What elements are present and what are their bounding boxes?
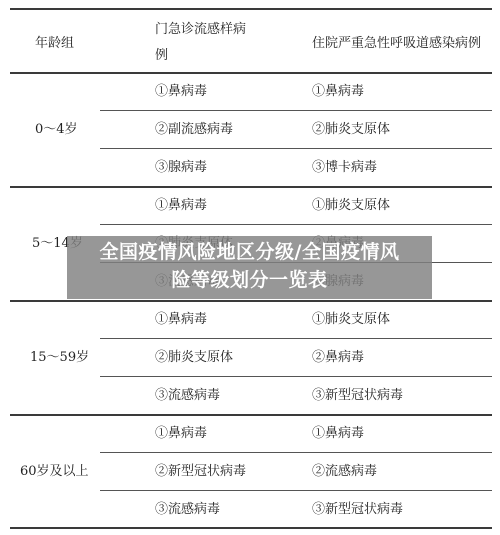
table-top-rule [10, 8, 492, 10]
inpatient-cell: ③博卡病毒 [312, 160, 377, 176]
inpatient-cell: ①肺炎支原体 [312, 312, 390, 328]
age-group-label: 15～59岁 [30, 350, 89, 366]
age-group-label: 0～4岁 [35, 122, 78, 138]
inpatient-cell: ①肺炎支原体 [312, 198, 390, 214]
group-divider [10, 186, 492, 188]
caption-line-2: 险等级划分一览表 [67, 266, 432, 294]
outpatient-cell: ①鼻病毒 [155, 426, 207, 442]
outpatient-cell: ②肺炎支原体 [155, 350, 233, 366]
caption-line-1: 全国疫情风险地区分级/全国疫情风 [67, 238, 432, 266]
inpatient-cell: ①鼻病毒 [312, 426, 364, 442]
row-divider [100, 452, 492, 453]
outpatient-cell: ②副流感病毒 [155, 122, 233, 138]
row-divider [100, 110, 492, 111]
group-divider [10, 300, 492, 302]
header-inpatient: 住院严重急性呼吸道感染病例 [312, 36, 481, 52]
outpatient-cell: ③流感病毒 [155, 502, 220, 518]
row-divider [100, 376, 492, 377]
row-divider [100, 224, 492, 225]
outpatient-cell: ②新型冠状病毒 [155, 464, 246, 480]
row-divider [100, 338, 492, 339]
group-divider [10, 414, 492, 416]
age-group-label: 60岁及以上 [20, 464, 89, 480]
inpatient-cell: ①鼻病毒 [312, 84, 364, 100]
row-divider [100, 148, 492, 149]
outpatient-cell: ③腺病毒 [155, 160, 207, 176]
header-outpatient-line1: 门急诊流感样病 [155, 22, 246, 38]
row-divider [100, 490, 492, 491]
inpatient-cell: ③新型冠状病毒 [312, 388, 403, 404]
outpatient-cell: ①鼻病毒 [155, 198, 207, 214]
outpatient-cell: ③流感病毒 [155, 388, 220, 404]
header-outpatient-line2: 例 [155, 48, 168, 64]
inpatient-cell: ②鼻病毒 [312, 350, 364, 366]
inpatient-cell: ③新型冠状病毒 [312, 502, 403, 518]
outpatient-cell: ①鼻病毒 [155, 84, 207, 100]
inpatient-cell: ②肺炎支原体 [312, 122, 390, 138]
inpatient-cell: ②流感病毒 [312, 464, 377, 480]
table-bottom-rule [10, 527, 492, 529]
outpatient-cell: ①鼻病毒 [155, 312, 207, 328]
caption-title: 全国疫情风险地区分级/全国疫情风 险等级划分一览表 [67, 238, 432, 294]
header-age-group: 年龄组 [35, 36, 74, 52]
header-bottom-rule [10, 72, 492, 74]
